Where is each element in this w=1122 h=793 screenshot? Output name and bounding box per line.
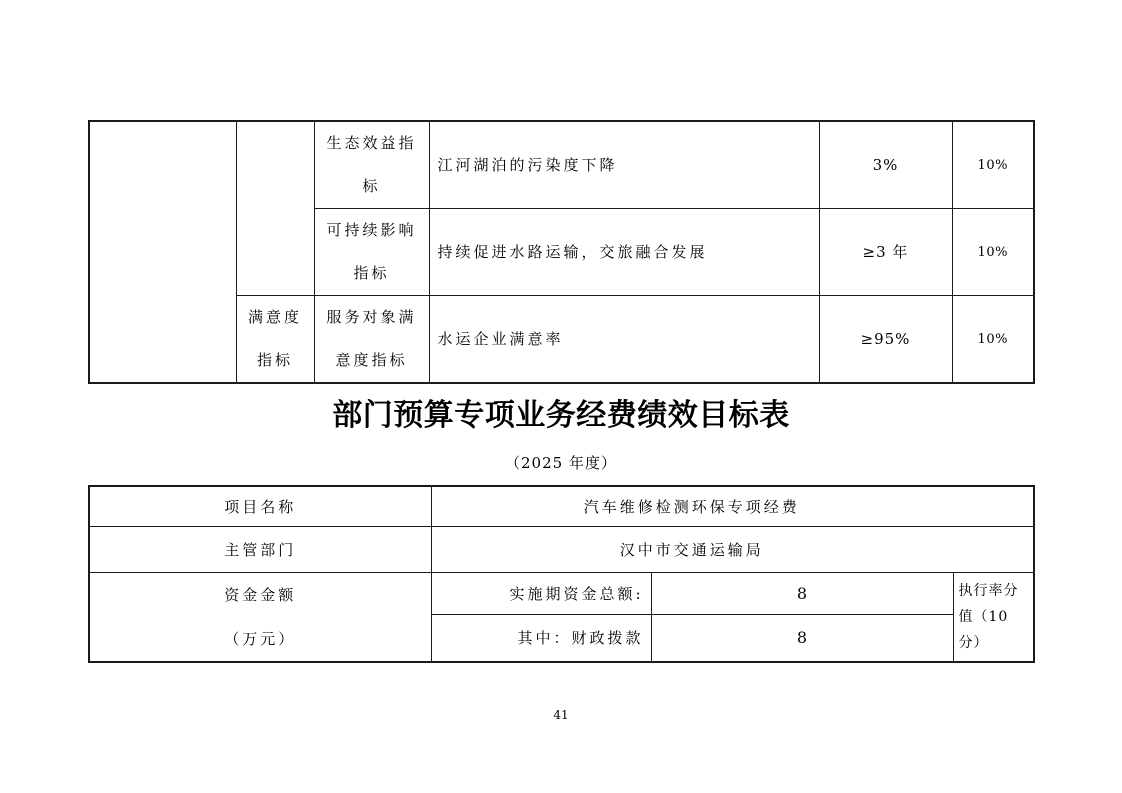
budget-target-table: 项目名称 汽车维修检测环保专项经费 主管部门 汉中市交通运输局 资金金额 （万元… (88, 485, 1035, 663)
project-name-label-cell: 项目名称 (89, 486, 431, 526)
page-subtitle: （2025 年度） (0, 452, 1122, 474)
indicator-target-cell: ≥3 年 (819, 209, 952, 296)
category-cell: 满意度 指标 (236, 296, 314, 384)
indicator-name-cell: 可持续影响 指标 (314, 209, 429, 296)
indicator-weight-cell: 10% (952, 209, 1034, 296)
table-row: 主管部门 汉中市交通运输局 (89, 526, 1034, 572)
department-label-cell: 主管部门 (89, 526, 431, 572)
project-name-value-cell: 汽车维修检测环保专项经费 (431, 486, 1034, 526)
total-funds-label-cell: 实施期资金总额: (431, 572, 651, 615)
total-funds-value-cell: 8 (651, 572, 953, 615)
page-title: 部门预算专项业务经费绩效目标表 (0, 396, 1122, 436)
fiscal-allocation-label-cell: 其中：财政拨款 (431, 615, 651, 662)
amount-label-cell: 资金金额 （万元） (89, 572, 431, 662)
indicator-description-cell: 江河湖泊的污染度下降 (429, 121, 819, 209)
indicator-description-cell: 水运企业满意率 (429, 296, 819, 384)
page-number: 41 (0, 708, 1122, 722)
table-row: 项目名称 汽车维修检测环保专项经费 (89, 486, 1034, 526)
category-spanner-cell (236, 121, 314, 296)
indicator-description-cell: 持续促进水路运输，交旅融合发展 (429, 209, 819, 296)
indicator-name-cell: 生态效益指 标 (314, 121, 429, 209)
indicator-name-cell: 服务对象满 意度指标 (314, 296, 429, 384)
indicator-target-cell: 3% (819, 121, 952, 209)
indicator-target-cell: ≥95% (819, 296, 952, 384)
department-value-cell: 汉中市交通运输局 (431, 526, 1034, 572)
fiscal-allocation-value-cell: 8 (651, 615, 953, 662)
performance-indicator-table: 生态效益指 标 江河湖泊的污染度下降 3% 10% 可持续影响 指标 持续促进水… (88, 120, 1035, 384)
indicator-weight-cell: 10% (952, 121, 1034, 209)
execution-rate-score-cell: 执行率分 值（10 分） (953, 572, 1034, 662)
table-row: 生态效益指 标 江河湖泊的污染度下降 3% 10% (89, 121, 1034, 209)
table-row: 资金金额 （万元） 实施期资金总额: 8 执行率分 值（10 分） (89, 572, 1034, 615)
left-spanner-cell (89, 121, 236, 383)
indicator-weight-cell: 10% (952, 296, 1034, 384)
document-page: 生态效益指 标 江河湖泊的污染度下降 3% 10% 可持续影响 指标 持续促进水… (0, 0, 1122, 793)
